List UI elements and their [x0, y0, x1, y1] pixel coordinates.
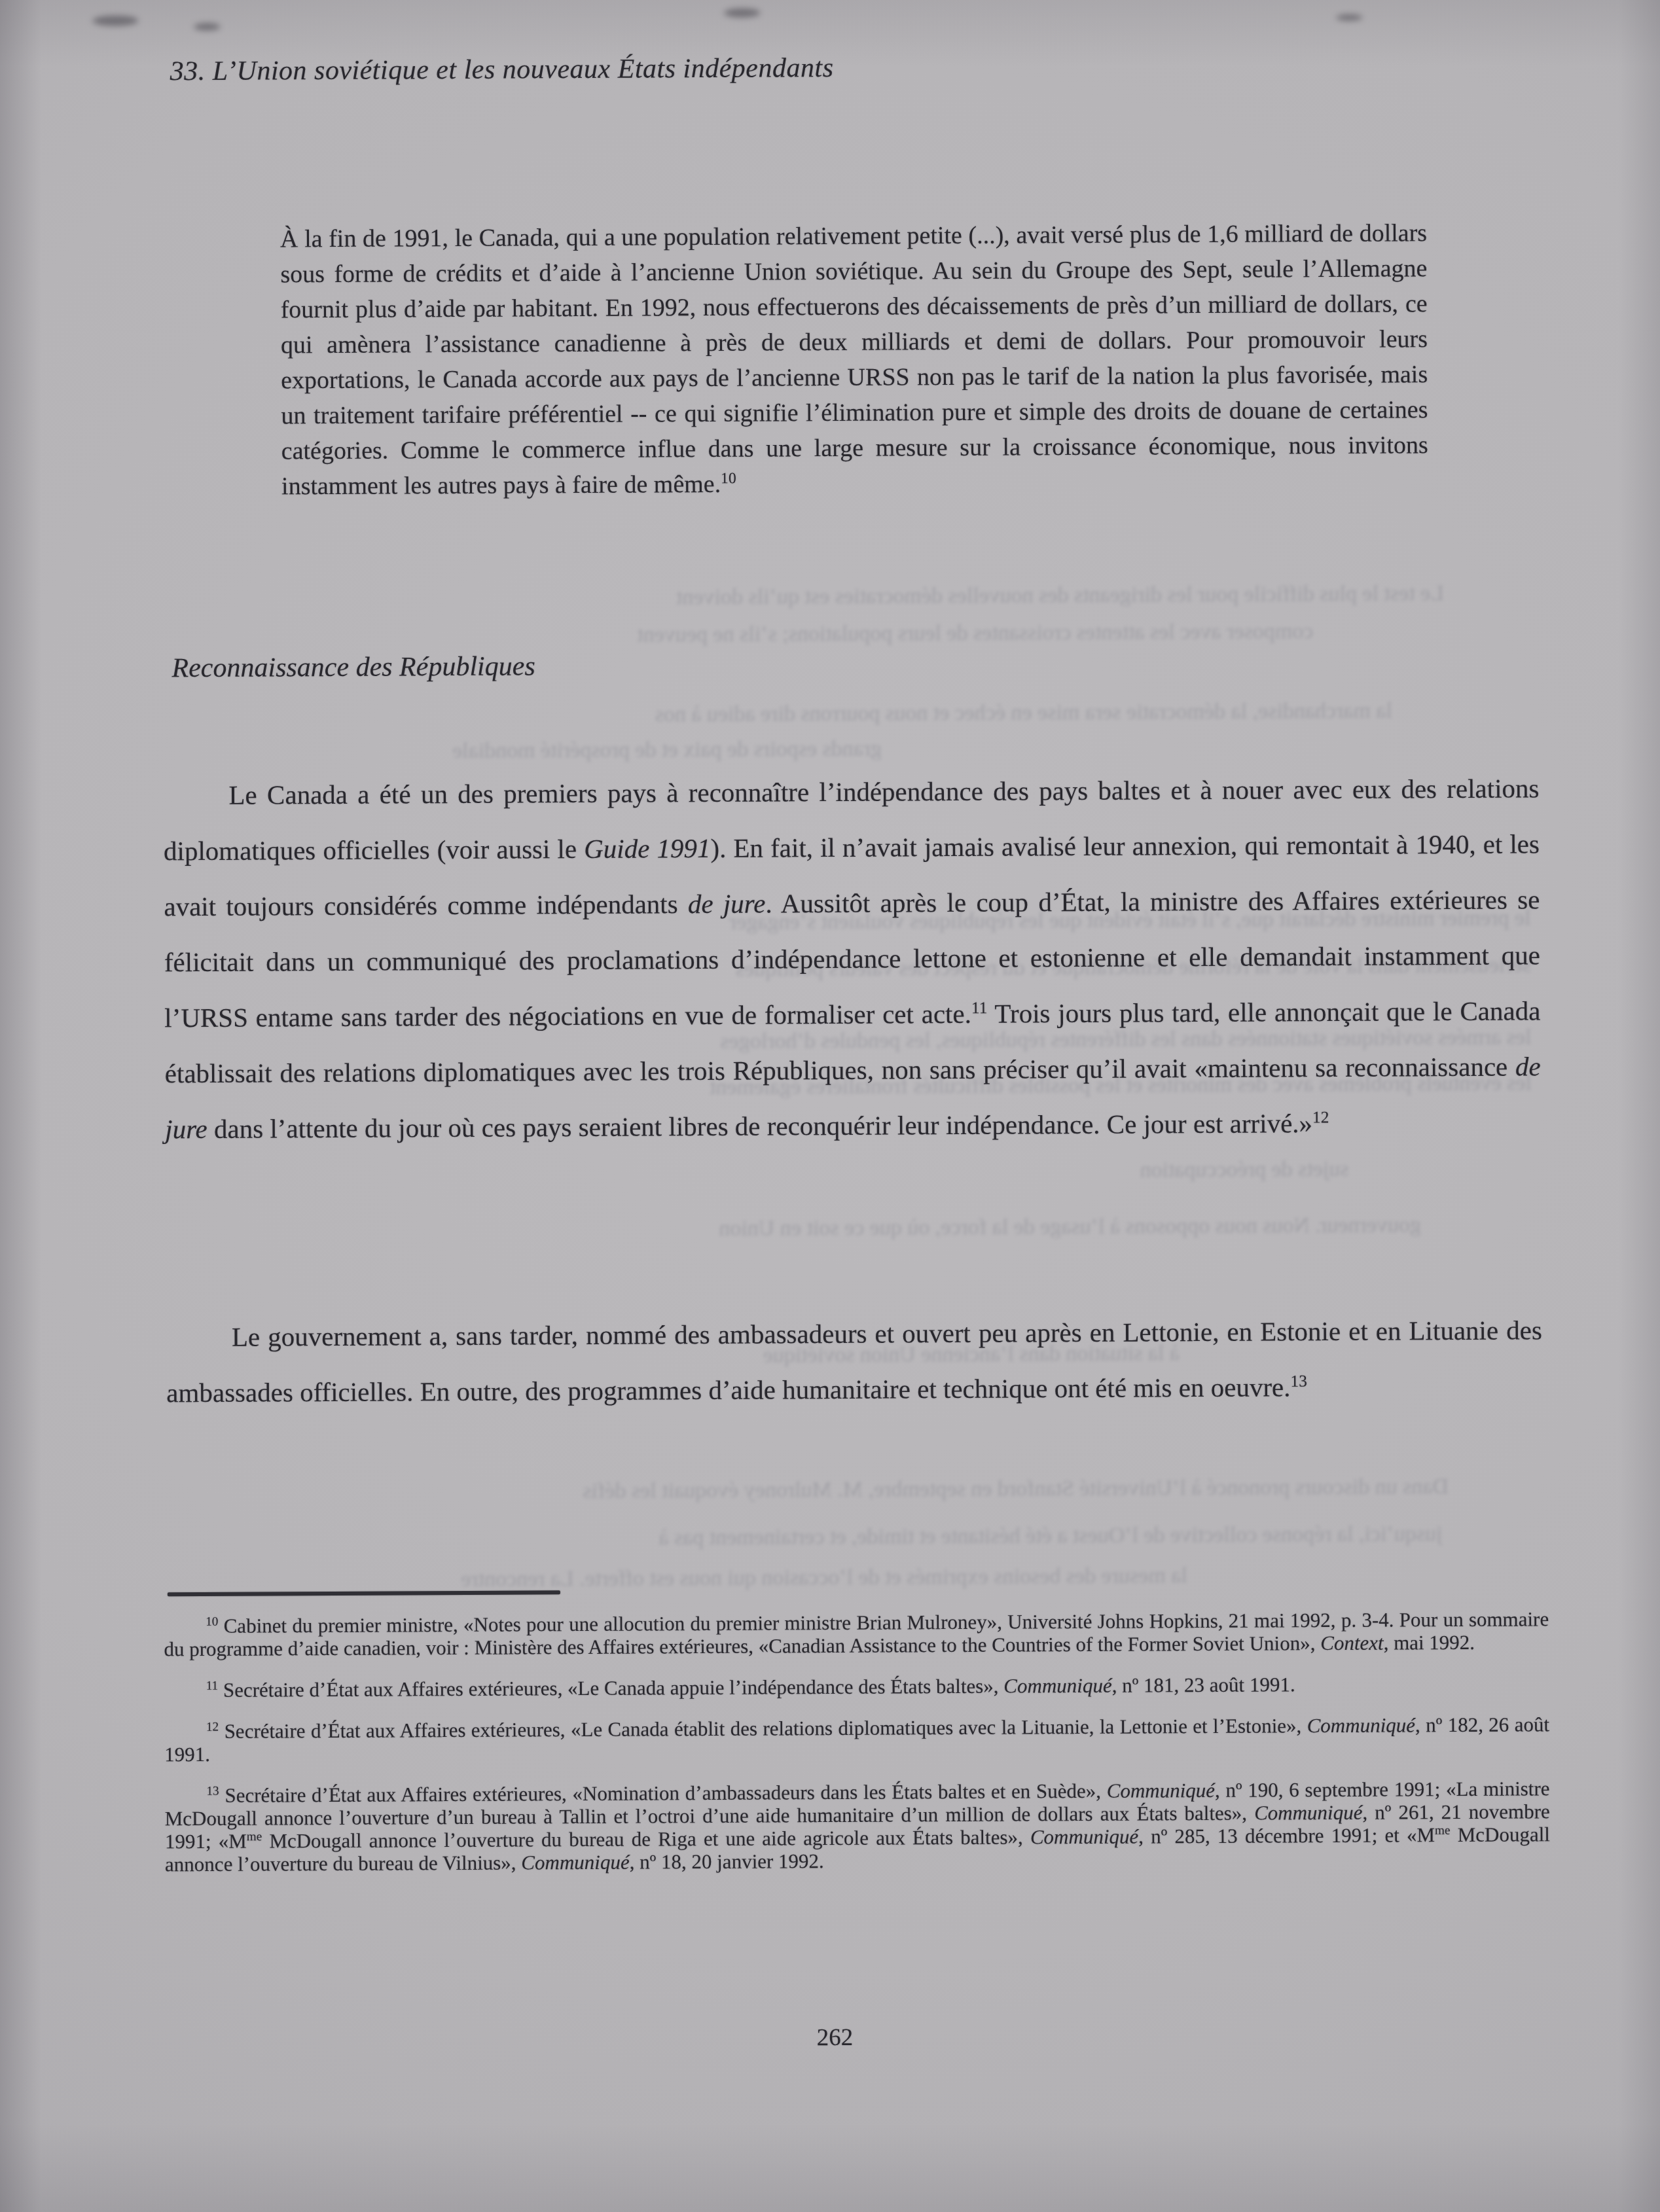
section-heading: Reconnaissance des Républiques [171, 651, 535, 684]
scanned-page: Le test le plus difficile pour les dirig… [0, 0, 1660, 2212]
bleed-through-text: grands espoirs de paix et de prospérité … [194, 737, 882, 765]
bleed-through-text: Dans un discours prononcé à l’Université… [238, 1474, 1449, 1506]
page-number: 262 [5, 2019, 1660, 2056]
block-quote: À la fin de 1991, le Canada, qui a une p… [280, 215, 1428, 504]
footnotes-section: 10 Cabinet du premier ministre, «Notes p… [164, 1607, 1550, 1894]
scan-artifact [1336, 14, 1362, 21]
bleed-through-text: sujets de préoccupation [982, 1157, 1348, 1184]
page-content: Le test le plus difficile pour les dirig… [0, 0, 1660, 2212]
body-paragraph: Le Canada a été un des premiers pays à r… [163, 760, 1541, 1157]
bleed-through-text: jusqu’ici, la réponse collective de l’Ou… [205, 1522, 1442, 1553]
scan-artifact [724, 9, 760, 18]
bleed-through-text: la marchandise, la démocratie sera mise … [194, 698, 1392, 730]
scan-artifact [194, 23, 220, 31]
body-paragraph: Le gouvernement a, sans tarder, nommé de… [166, 1302, 1543, 1421]
bleed-through-text: Le test le plus difficile pour les dirig… [213, 581, 1444, 613]
scan-artifact [92, 16, 138, 26]
bleed-through-text: la mesure des besoins exprimés et de l’o… [206, 1563, 1187, 1594]
bleed-through-text: gouverneur. Nous nous opposons à l’usage… [341, 1213, 1421, 1243]
bleed-through-text: composer avec les attentes croissantes d… [200, 619, 1313, 650]
footnote-10: 10 Cabinet du premier ministre, «Notes p… [164, 1607, 1549, 1660]
footnote-11: 11 Secrétaire d’État aux Affaires extéri… [164, 1671, 1549, 1702]
running-head: 33. L’Union soviétique et les nouveaux É… [170, 52, 834, 87]
footnote-12: 12 Secrétaire d’État aux Affaires extéri… [164, 1713, 1549, 1766]
footnote-13: 13 Secrétaire d’État aux Affaires extéri… [164, 1777, 1550, 1876]
